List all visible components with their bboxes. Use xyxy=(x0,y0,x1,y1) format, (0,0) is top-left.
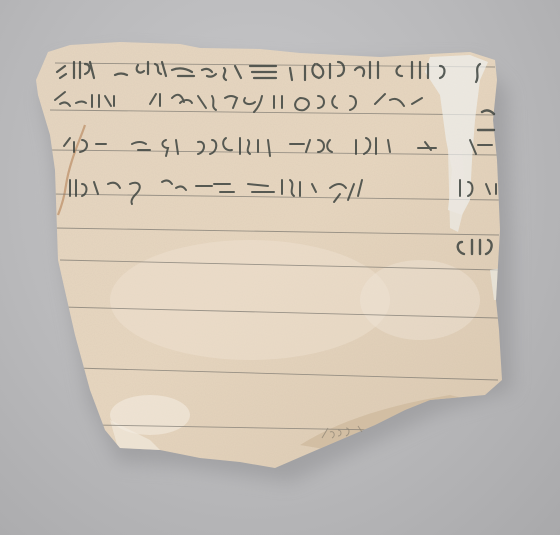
ostracon-illustration xyxy=(0,0,560,535)
photo-scene: Limestone ostracon with hieratic text xyxy=(0,0,560,535)
